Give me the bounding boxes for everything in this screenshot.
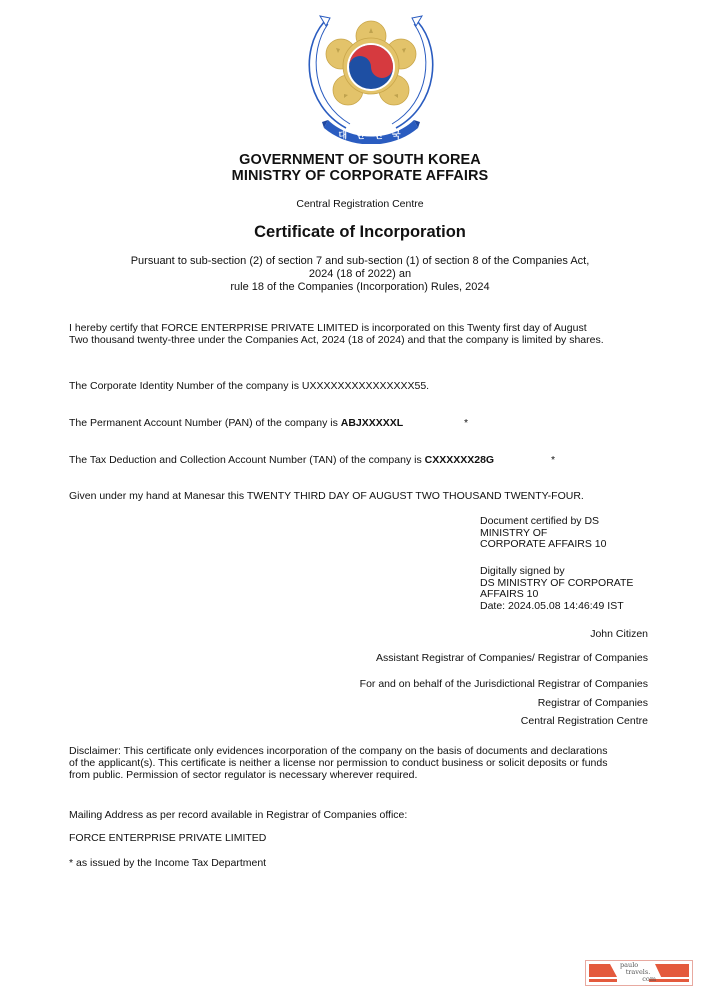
logo-stripe-right <box>655 964 689 977</box>
pan-statement: The Permanent Account Number (PAN) of th… <box>69 417 649 429</box>
certification-line-2: Two thousand twenty-three under the Comp… <box>69 334 649 346</box>
disclaimer: Disclaimer: This certificate only eviden… <box>69 745 649 781</box>
given-statement: Given under my hand at Manesar this TWEN… <box>69 490 649 502</box>
pan-footnote-mark: * <box>464 417 468 429</box>
government-name: GOVERNMENT OF SOUTH KOREA <box>0 152 720 168</box>
logo-text: paulo travels. com <box>620 962 656 983</box>
signature-date: Date: 2024.05.08 14:46:49 IST <box>480 601 680 613</box>
certification-statement: I hereby certify that FORCE ENTERPRISE P… <box>69 322 649 346</box>
emblem-ribbon-text: 대 한 민 국 <box>338 129 403 141</box>
signatory-name: John Citizen <box>590 628 648 640</box>
pan-label: The Permanent Account Number (PAN) of th… <box>69 417 341 429</box>
certificate-title: Certificate of Incorporation <box>0 223 720 242</box>
tan-footnote-mark: * <box>551 454 555 466</box>
watermark-logo: paulo travels. com <box>585 960 693 986</box>
tan-statement: The Tax Deduction and Collection Account… <box>69 454 649 466</box>
mailing-address-name: FORCE ENTERPRISE PRIVATE LIMITED <box>69 832 649 844</box>
disclaimer-line: of the applicant(s). This certificate is… <box>69 757 649 769</box>
logo-underline-left <box>589 979 617 982</box>
mailing-address-label: Mailing Address as per record available … <box>69 809 649 821</box>
certified-line: CORPORATE AFFAIRS 10 <box>480 539 680 551</box>
certificate-page: 대 한 민 국 GOVERNMENT OF SOUTH KOREA MINIST… <box>0 0 720 1000</box>
government-heading: GOVERNMENT OF SOUTH KOREA MINISTRY OF CO… <box>0 152 720 184</box>
cin-statement: The Corporate Identity Number of the com… <box>69 380 649 392</box>
footnote: * as issued by the Income Tax Department <box>69 857 649 869</box>
signatory-centre: Central Registration Centre <box>521 715 648 727</box>
disclaimer-line: from public. Permission of sector regula… <box>69 769 649 781</box>
logo-stripe-left <box>589 964 617 977</box>
certified-line: Document certified by DS <box>480 516 680 528</box>
document-certified-block: Document certified by DS MINISTRY OF COR… <box>480 516 680 551</box>
tan-label: The Tax Deduction and Collection Account… <box>69 454 425 466</box>
registration-centre-subtitle: Central Registration Centre <box>0 198 720 210</box>
signatory-registrar: Registrar of Companies <box>538 697 648 709</box>
signatory-behalf: For and on behalf of the Jurisdictional … <box>360 678 648 690</box>
tan-value: CXXXXXX28G <box>425 454 494 466</box>
ministry-name: MINISTRY OF CORPORATE AFFAIRS <box>0 168 720 184</box>
disclaimer-line: Disclaimer: This certificate only eviden… <box>69 745 649 757</box>
pan-value: ABJXXXXXL <box>341 417 403 429</box>
signatory-role: Assistant Registrar of Companies/ Regist… <box>376 652 648 664</box>
national-emblem-icon: 대 한 민 국 <box>306 10 436 144</box>
logo-text-line: com <box>620 976 656 983</box>
signed-line: AFFAIRS 10 <box>480 589 680 601</box>
signed-line: Digitally signed by <box>480 566 680 578</box>
digital-signature-block: Digitally signed by DS MINISTRY OF CORPO… <box>480 566 680 612</box>
pursuant-line-2: 2024 (18 of 2022) an <box>95 268 625 281</box>
pursuant-line-1: Pursuant to sub-section (2) of section 7… <box>95 255 625 268</box>
certification-line-1: I hereby certify that FORCE ENTERPRISE P… <box>69 322 649 334</box>
pursuant-clause: Pursuant to sub-section (2) of section 7… <box>95 255 625 294</box>
pursuant-line-3: rule 18 of the Companies (Incorporation)… <box>95 281 625 294</box>
